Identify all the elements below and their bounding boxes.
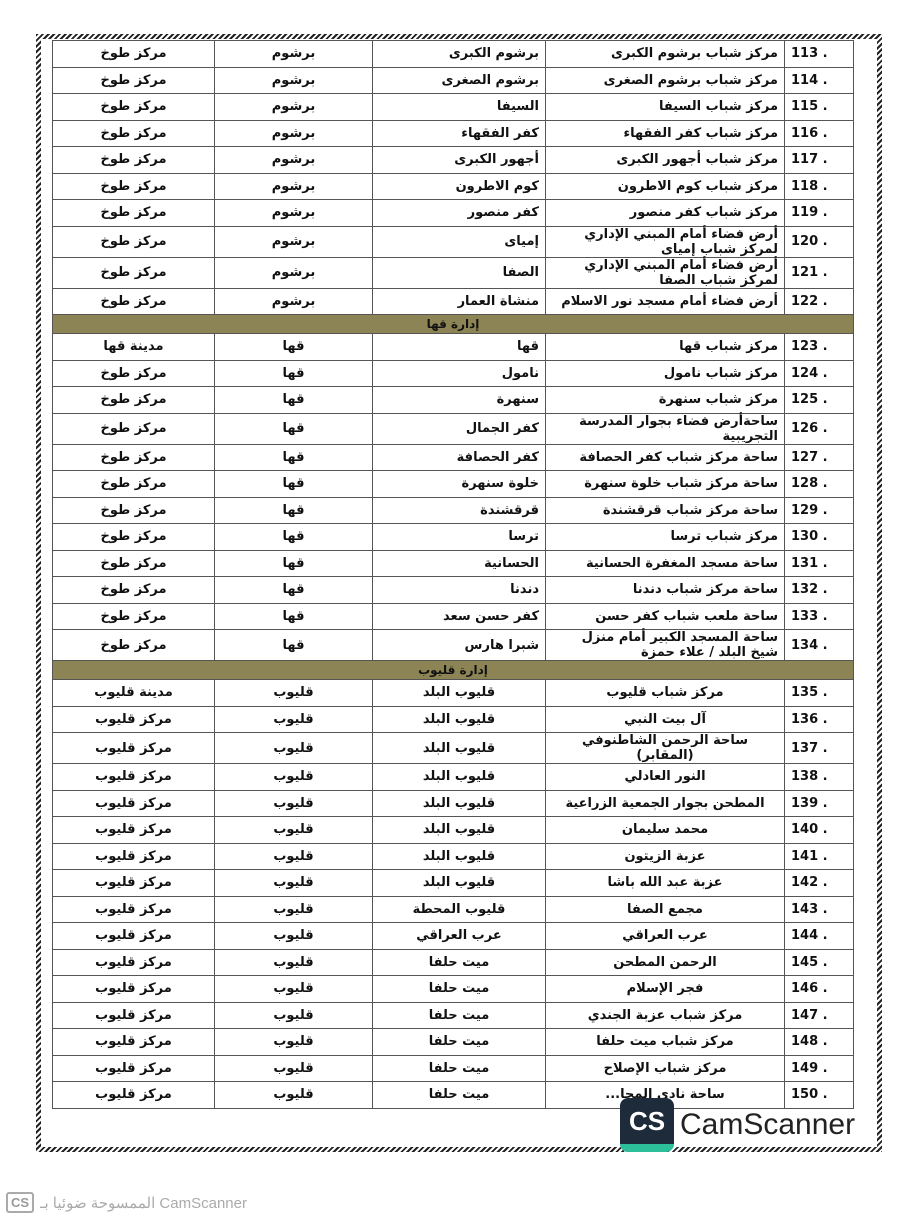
camscanner-logo-icon: CS	[620, 1098, 674, 1152]
table-row: 129 .ساحة مركز شباب قرقشندةقرقشندةقهامرك…	[53, 497, 854, 524]
cell-num: 116 .	[785, 120, 854, 147]
cell-admin: مركز طوخ	[53, 147, 215, 174]
cell-admin: مدينة قها	[53, 334, 215, 361]
section-title: إدارة قليوب	[53, 661, 854, 680]
cell-place: مركز شباب ميت حلفا	[546, 1029, 785, 1056]
cell-village: كفر منصور	[373, 200, 546, 227]
cell-center: برشوم	[215, 67, 373, 94]
cell-village: برشوم الصغرى	[373, 67, 546, 94]
table-row: 134 .ساحة المسجد الكبير أمام منزل شيخ ال…	[53, 630, 854, 661]
cell-num: 114 .	[785, 67, 854, 94]
table-row: 135 .مركز شباب قليوبقليوب البلدقليوبمدين…	[53, 680, 854, 707]
cell-place: مركز شباب برشوم الصغرى	[546, 67, 785, 94]
cell-place: مركز شباب قليوب	[546, 680, 785, 707]
cell-center: قليوب	[215, 764, 373, 791]
cell-place: مركز شباب أجهور الكبرى	[546, 147, 785, 174]
cell-place: مركز شباب سنهرة	[546, 387, 785, 414]
cell-admin: مركز قليوب	[53, 1055, 215, 1082]
cell-village: قليوب البلد	[373, 843, 546, 870]
cell-center: قليوب	[215, 923, 373, 950]
table-row: 125 .مركز شباب سنهرةسنهرةقهامركز طوخ	[53, 387, 854, 414]
cell-admin: مركز قليوب	[53, 1082, 215, 1109]
cell-center: برشوم	[215, 120, 373, 147]
cell-num: 148 .	[785, 1029, 854, 1056]
cell-village: ميت حلفا	[373, 1055, 546, 1082]
table-row: 127 .ساحة مركز شباب كفر الحصافةكفر الحصا…	[53, 444, 854, 471]
cell-num: 125 .	[785, 387, 854, 414]
table-row: 143 .مجمع الصفاقليوب المحطةقليوبمركز قلي…	[53, 896, 854, 923]
cell-num: 131 .	[785, 550, 854, 577]
cell-village: ترسا	[373, 524, 546, 551]
cell-village: قليوب البلد	[373, 680, 546, 707]
table-row: 113 .مركز شباب برشوم الكبرىبرشوم الكبرىب…	[53, 41, 854, 68]
cell-num: 140 .	[785, 817, 854, 844]
cell-place: أرض فضاء أمام المبني الإداري لمركز شباب …	[546, 226, 785, 257]
cell-num: 146 .	[785, 976, 854, 1003]
table-row: 141 .عزبة الزيتونقليوب البلدقليوبمركز قل…	[53, 843, 854, 870]
cell-center: قليوب	[215, 1002, 373, 1029]
cell-village: كفر حسن سعد	[373, 603, 546, 630]
cell-center: قليوب	[215, 733, 373, 764]
cell-place: أرض فضاء أمام المبني الإداري لمركز شباب …	[546, 257, 785, 288]
cell-center: قليوب	[215, 976, 373, 1003]
scan-footer: CS الممسوحة ضوئيا بـ CamScanner	[6, 1192, 247, 1213]
table-row: 146 .فجر الإسلامميت حلفاقليوبمركز قليوب	[53, 976, 854, 1003]
cell-center: برشوم	[215, 173, 373, 200]
table-row: 114 .مركز شباب برشوم الصغرىبرشوم الصغرىب…	[53, 67, 854, 94]
table-row: 117 .مركز شباب أجهور الكبرىأجهور الكبرىب…	[53, 147, 854, 174]
cell-num: 121 .	[785, 257, 854, 288]
table-row: 124 .مركز شباب نامولنامولقهامركز طوخ	[53, 360, 854, 387]
table-row: 119 .مركز شباب كفر منصوركفر منصوربرشوممر…	[53, 200, 854, 227]
table-row: 147 .مركز شباب عزبة الجنديميت حلفاقليوبم…	[53, 1002, 854, 1029]
cell-admin: مركز طوخ	[53, 413, 215, 444]
cell-admin: مركز طوخ	[53, 603, 215, 630]
cell-admin: مركز قليوب	[53, 764, 215, 791]
cell-num: 130 .	[785, 524, 854, 551]
cell-place: النور العادلي	[546, 764, 785, 791]
cell-place: مركز شباب كفر منصور	[546, 200, 785, 227]
cell-num: 115 .	[785, 94, 854, 121]
cell-center: قها	[215, 444, 373, 471]
cell-admin: مركز طوخ	[53, 41, 215, 68]
cell-admin: مركز قليوب	[53, 790, 215, 817]
cell-village: إمياى	[373, 226, 546, 257]
table-row: 118 .مركز شباب كوم الاطرونكوم الاطرونبرش…	[53, 173, 854, 200]
cell-num: 139 .	[785, 790, 854, 817]
cell-num: 127 .	[785, 444, 854, 471]
cell-num: 145 .	[785, 949, 854, 976]
cell-center: قليوب	[215, 870, 373, 897]
cell-admin: مركز طوخ	[53, 200, 215, 227]
cell-village: ميت حلفا	[373, 949, 546, 976]
cell-place: مركز شباب كوم الاطرون	[546, 173, 785, 200]
cell-place: مركز شباب قها	[546, 334, 785, 361]
cell-village: ميت حلفا	[373, 1002, 546, 1029]
cell-num: 117 .	[785, 147, 854, 174]
table-row: 139 .المطحن بجوار الجمعية الزراعيةقليوب …	[53, 790, 854, 817]
cell-num: 133 .	[785, 603, 854, 630]
cell-village: كفر الفقهاء	[373, 120, 546, 147]
section-header-row: إدارة قليوب	[53, 661, 854, 680]
cell-place: ساحةأرض فضاء بجوار المدرسة التجريبية	[546, 413, 785, 444]
cell-village: قليوب البلد	[373, 706, 546, 733]
cell-place: مركز شباب نامول	[546, 360, 785, 387]
cell-admin: مركز طوخ	[53, 257, 215, 288]
cell-center: قليوب	[215, 790, 373, 817]
cell-village: الحسانية	[373, 550, 546, 577]
cell-center: قليوب	[215, 949, 373, 976]
cell-center: قها	[215, 387, 373, 414]
cell-admin: مركز قليوب	[53, 817, 215, 844]
cell-village: نامول	[373, 360, 546, 387]
cell-admin: مركز طوخ	[53, 387, 215, 414]
cell-center: قها	[215, 603, 373, 630]
cell-num: 129 .	[785, 497, 854, 524]
cell-place: الرحمن المطحن	[546, 949, 785, 976]
cell-admin: مركز طوخ	[53, 471, 215, 498]
table-row: 140 .محمد سليمانقليوب البلدقليوبمركز قلي…	[53, 817, 854, 844]
cell-admin: مركز قليوب	[53, 706, 215, 733]
cell-admin: مركز قليوب	[53, 870, 215, 897]
cell-num: 123 .	[785, 334, 854, 361]
cell-place: ساحة مركز شباب خلوة سنهرة	[546, 471, 785, 498]
cell-place: ساحة الرحمن الشاطنوفي (المقابر)	[546, 733, 785, 764]
cell-center: قليوب	[215, 817, 373, 844]
cell-place: مركز شباب برشوم الكبرى	[546, 41, 785, 68]
cell-admin: مركز طوخ	[53, 524, 215, 551]
cell-admin: مركز قليوب	[53, 896, 215, 923]
table-row: 148 .مركز شباب ميت حلفاميت حلفاقليوبمركز…	[53, 1029, 854, 1056]
camscanner-mini-icon: CS	[6, 1192, 34, 1213]
cell-village: ميت حلفا	[373, 976, 546, 1003]
table-row: 123 .مركز شباب قهاقهاقهامدينة قها	[53, 334, 854, 361]
footer-text: الممسوحة ضوئيا بـ CamScanner	[40, 1194, 247, 1212]
cell-num: 120 .	[785, 226, 854, 257]
cell-place: أرض فضاء أمام مسجد نور الاسلام	[546, 288, 785, 315]
cell-num: 118 .	[785, 173, 854, 200]
cell-place: مركز شباب ترسا	[546, 524, 785, 551]
cell-place: ساحة مسجد المغفرة الحسانية	[546, 550, 785, 577]
cell-center: قليوب	[215, 1029, 373, 1056]
cell-admin: مركز قليوب	[53, 733, 215, 764]
cell-admin: مركز طوخ	[53, 288, 215, 315]
cell-admin: مركز طوخ	[53, 120, 215, 147]
cell-num: 113 .	[785, 41, 854, 68]
cell-admin: مدينة قليوب	[53, 680, 215, 707]
cell-admin: مركز طوخ	[53, 173, 215, 200]
table-row: 133 .ساحة ملعب شباب كفر حسنكفر حسن سعدقه…	[53, 603, 854, 630]
cell-admin: مركز طوخ	[53, 360, 215, 387]
table-row: 137 .ساحة الرحمن الشاطنوفي (المقابر)قليو…	[53, 733, 854, 764]
cell-village: كوم الاطرون	[373, 173, 546, 200]
cell-num: 147 .	[785, 1002, 854, 1029]
cell-admin: مركز قليوب	[53, 843, 215, 870]
cell-place: ساحة ملعب شباب كفر حسن	[546, 603, 785, 630]
cell-place: ساحة مركز شباب كفر الحصافة	[546, 444, 785, 471]
cell-admin: مركز قليوب	[53, 949, 215, 976]
cell-admin: مركز طوخ	[53, 630, 215, 661]
cell-admin: مركز طوخ	[53, 577, 215, 604]
cell-num: 119 .	[785, 200, 854, 227]
cell-village: دندنا	[373, 577, 546, 604]
cell-num: 132 .	[785, 577, 854, 604]
cell-place: محمد سليمان	[546, 817, 785, 844]
cell-center: برشوم	[215, 200, 373, 227]
cell-village: قليوب البلد	[373, 870, 546, 897]
cell-admin: مركز قليوب	[53, 1029, 215, 1056]
cell-num: 128 .	[785, 471, 854, 498]
cell-admin: مركز قليوب	[53, 976, 215, 1003]
cell-num: 142 .	[785, 870, 854, 897]
cell-place: آل بيت النبي	[546, 706, 785, 733]
table-row: 136 .آل بيت النبيقليوب البلدقليوبمركز قل…	[53, 706, 854, 733]
cell-center: قليوب	[215, 1082, 373, 1109]
cell-num: 137 .	[785, 733, 854, 764]
cell-village: قليوب البلد	[373, 733, 546, 764]
cell-village: ميت حلفا	[373, 1029, 546, 1056]
cell-village: قليوب البلد	[373, 817, 546, 844]
cell-village: السيفا	[373, 94, 546, 121]
cell-village: قرقشندة	[373, 497, 546, 524]
table-row: 149 .مركز شباب الإصلاحميت حلفاقليوبمركز …	[53, 1055, 854, 1082]
cell-num: 136 .	[785, 706, 854, 733]
cell-center: قها	[215, 577, 373, 604]
table-row: 131 .ساحة مسجد المغفرة الحسانيةالحسانيةق…	[53, 550, 854, 577]
cell-center: قها	[215, 413, 373, 444]
cell-village: ميت حلفا	[373, 1082, 546, 1109]
cell-center: قليوب	[215, 843, 373, 870]
cell-place: ساحة مركز شباب دندنا	[546, 577, 785, 604]
cell-village: كفر الجمال	[373, 413, 546, 444]
cell-admin: مركز طوخ	[53, 444, 215, 471]
cell-admin: مركز قليوب	[53, 923, 215, 950]
cell-village: قليوب البلد	[373, 790, 546, 817]
cell-num: 126 .	[785, 413, 854, 444]
cell-village: أجهور الكبرى	[373, 147, 546, 174]
table-row: 115 .مركز شباب السيفاالسيفابرشوممركز طوخ	[53, 94, 854, 121]
cell-village: كفر الحصافة	[373, 444, 546, 471]
cell-place: مركز شباب السيفا	[546, 94, 785, 121]
cell-center: قليوب	[215, 680, 373, 707]
cell-village: قليوب المحطة	[373, 896, 546, 923]
cell-center: قها	[215, 497, 373, 524]
table-row: 120 .أرض فضاء أمام المبني الإداري لمركز …	[53, 226, 854, 257]
cell-center: برشوم	[215, 226, 373, 257]
cell-num: 143 .	[785, 896, 854, 923]
cell-admin: مركز طوخ	[53, 94, 215, 121]
table-row: 144 .عرب العراقيعرب العراقيقليوبمركز قلي…	[53, 923, 854, 950]
cell-center: قليوب	[215, 896, 373, 923]
cell-place: عرب العراقي	[546, 923, 785, 950]
cell-village: خلوة سنهرة	[373, 471, 546, 498]
cell-place: ساحة مركز شباب قرقشندة	[546, 497, 785, 524]
table-row: 116 .مركز شباب كفر الفقهاءكفر الفقهاءبرش…	[53, 120, 854, 147]
locations-table: 113 .مركز شباب برشوم الكبرىبرشوم الكبرىب…	[52, 40, 854, 1109]
table-row: 122 .أرض فضاء أمام مسجد نور الاسلاممنشاة…	[53, 288, 854, 315]
cell-num: 149 .	[785, 1055, 854, 1082]
cell-num: 138 .	[785, 764, 854, 791]
cell-admin: مركز طوخ	[53, 67, 215, 94]
cell-village: الصفا	[373, 257, 546, 288]
section-title: إدارة قها	[53, 315, 854, 334]
cell-num: 144 .	[785, 923, 854, 950]
cell-village: سنهرة	[373, 387, 546, 414]
cell-center: قها	[215, 471, 373, 498]
table-row: 142 .عزبة عبد الله باشاقليوب البلدقليوبم…	[53, 870, 854, 897]
cell-place: مركز شباب الإصلاح	[546, 1055, 785, 1082]
cell-center: قها	[215, 550, 373, 577]
cell-place: عزبة الزيتون	[546, 843, 785, 870]
cell-village: قليوب البلد	[373, 764, 546, 791]
cell-center: برشوم	[215, 147, 373, 174]
table-row: 145 .الرحمن المطحنميت حلفاقليوبمركز قليو…	[53, 949, 854, 976]
cell-village: شبرا هارس	[373, 630, 546, 661]
cell-place: فجر الإسلام	[546, 976, 785, 1003]
table-row: 130 .مركز شباب ترساترساقهامركز طوخ	[53, 524, 854, 551]
camscanner-watermark: CS CamScanner	[620, 1098, 855, 1152]
cell-village: برشوم الكبرى	[373, 41, 546, 68]
cell-num: 135 .	[785, 680, 854, 707]
table-row: 126 .ساحةأرض فضاء بجوار المدرسة التجريبي…	[53, 413, 854, 444]
cell-admin: مركز طوخ	[53, 550, 215, 577]
table-row: 121 .أرض فضاء أمام المبني الإداري لمركز …	[53, 257, 854, 288]
cell-admin: مركز قليوب	[53, 1002, 215, 1029]
cell-village: منشاة العمار	[373, 288, 546, 315]
cell-village: قها	[373, 334, 546, 361]
section-header-row: إدارة قها	[53, 315, 854, 334]
cell-center: برشوم	[215, 257, 373, 288]
cell-center: قها	[215, 524, 373, 551]
cell-center: برشوم	[215, 41, 373, 68]
cell-place: ساحة المسجد الكبير أمام منزل شيخ البلد /…	[546, 630, 785, 661]
table-row: 128 .ساحة مركز شباب خلوة سنهرةخلوة سنهرة…	[53, 471, 854, 498]
cell-place: مجمع الصفا	[546, 896, 785, 923]
cell-num: 134 .	[785, 630, 854, 661]
cell-place: مركز شباب عزبة الجندي	[546, 1002, 785, 1029]
table-row: 132 .ساحة مركز شباب دندنادندناقهامركز طو…	[53, 577, 854, 604]
cell-admin: مركز طوخ	[53, 497, 215, 524]
cell-center: قها	[215, 334, 373, 361]
cell-num: 124 .	[785, 360, 854, 387]
cell-place: عزبة عبد الله باشا	[546, 870, 785, 897]
cell-num: 141 .	[785, 843, 854, 870]
cell-num: 122 .	[785, 288, 854, 315]
camscanner-text: CamScanner	[680, 1108, 855, 1142]
cell-place: مركز شباب كفر الفقهاء	[546, 120, 785, 147]
cell-center: قليوب	[215, 1055, 373, 1082]
table-row: 138 .النور العادليقليوب البلدقليوبمركز ق…	[53, 764, 854, 791]
cell-place: المطحن بجوار الجمعية الزراعية	[546, 790, 785, 817]
cell-admin: مركز طوخ	[53, 226, 215, 257]
cell-center: قليوب	[215, 706, 373, 733]
cell-village: عرب العراقي	[373, 923, 546, 950]
cell-center: قها	[215, 630, 373, 661]
cell-center: قها	[215, 360, 373, 387]
cell-center: برشوم	[215, 94, 373, 121]
cell-center: برشوم	[215, 288, 373, 315]
